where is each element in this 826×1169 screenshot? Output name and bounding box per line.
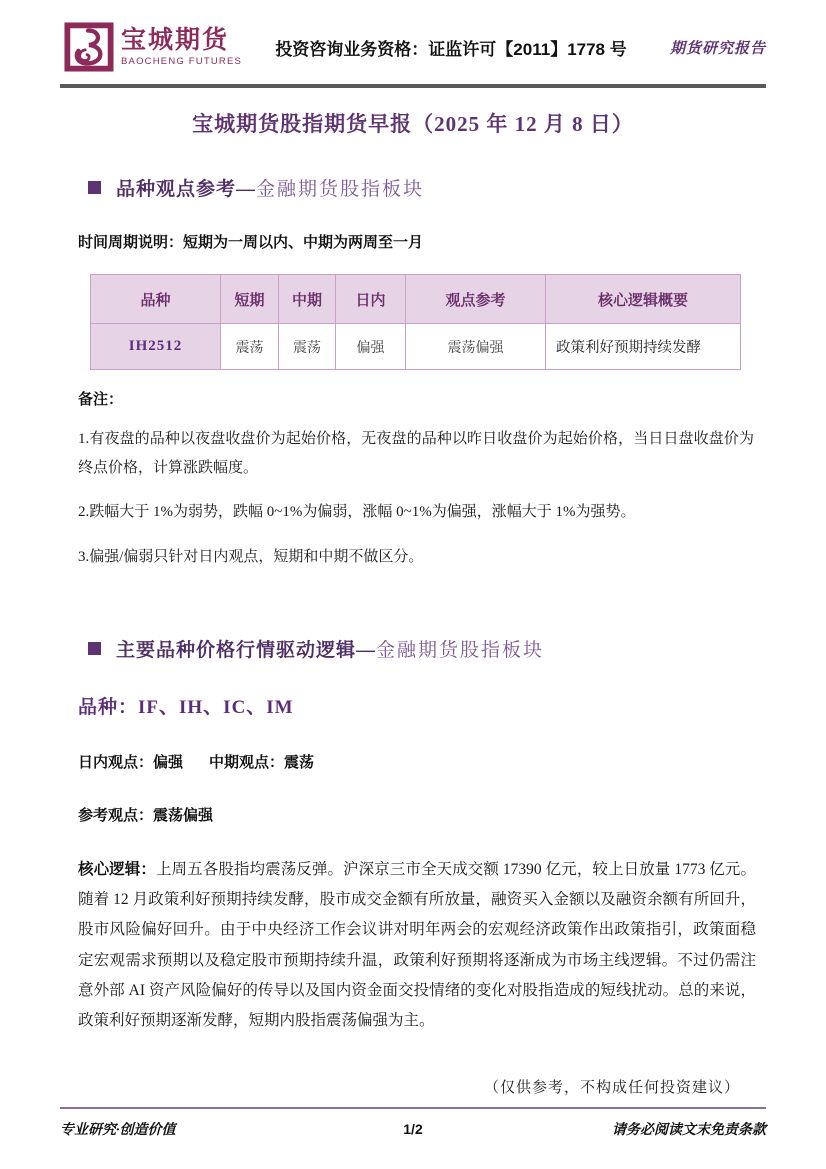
company-name-cn: 宝城期货 [121, 28, 242, 53]
core-logic-paragraph: 核心逻辑：上周五各股指均震荡反弹。沪深京三市全天成交额 17390 亿元，较上日… [78, 855, 756, 1036]
company-logo: 宝城期货 BAOCHENG FUTURES [64, 22, 242, 72]
col-header-variety: 品种 [91, 275, 221, 324]
cell-intraday: 偏强 [336, 324, 406, 370]
section2-heading-sub: 金融期货股指板块 [376, 640, 544, 661]
intraday-medium-opinion-line: 日内观点：偏强中期观点：震荡 [78, 751, 826, 772]
report-page: 宝城期货 BAOCHENG FUTURES 投资咨询业务资格：证监许可【2011… [0, 0, 826, 1169]
col-header-intraday: 日内 [336, 275, 406, 324]
core-logic-text: 上周五各股指均震荡反弹。沪深京三市全天成交额 17390 亿元，较上日放量 17… [78, 861, 756, 1029]
cell-view: 震荡偏强 [406, 324, 546, 370]
col-header-logic: 核心逻辑概要 [546, 275, 741, 324]
reference-opinion-label: 参考观点： [78, 807, 153, 824]
note-3: 3.偏强/偏弱只针对日内观点，短期和中期不做区分。 [78, 543, 754, 572]
footer-disclaimer-note: 请务必阅读文末免责条款 [423, 1119, 766, 1139]
page-title: 宝城期货股指期货早报（2025 年 12 月 8 日） [0, 108, 826, 138]
baocheng-logo-icon [64, 22, 114, 72]
cell-variety: IH2512 [91, 324, 221, 370]
page-footer: 专业研究·创造价值 1/2 请务必阅读文末免责条款 [60, 1107, 766, 1139]
col-header-short: 短期 [221, 275, 279, 324]
note-1: 1.有夜盘的品种以夜盘收盘价为起始价格，无夜盘的品种以昨日收盘价为起始价格，当日… [78, 425, 754, 482]
disclaimer-text: （仅供参考，不构成任何投资建议） [0, 1076, 740, 1097]
square-bullet-icon [88, 642, 101, 655]
cell-short: 震荡 [221, 324, 279, 370]
core-logic-label: 核心逻辑： [78, 861, 156, 878]
note-2: 2.跌幅大于 1%为弱势，跌幅 0~1%为偏弱，涨幅 0~1%为偏强，涨幅大于 … [78, 498, 754, 527]
reference-opinion-line: 参考观点：震荡偏强 [78, 804, 826, 825]
cell-mid: 震荡 [279, 324, 336, 370]
viewpoint-table: 品种 短期 中期 日内 观点参考 核心逻辑概要 IH2512 震荡 震荡 偏强 … [90, 274, 741, 370]
medium-opinion-value: 震荡 [284, 754, 314, 771]
col-header-mid: 中期 [279, 275, 336, 324]
square-bullet-icon [88, 181, 101, 194]
medium-opinion-label: 中期观点： [209, 754, 284, 771]
section2-heading-main: 主要品种价格行情驱动逻辑— [116, 640, 376, 661]
header-divider [60, 84, 766, 88]
logo-text: 宝城期货 BAOCHENG FUTURES [121, 28, 242, 67]
intraday-opinion-value: 偏强 [153, 754, 183, 771]
table-row: IH2512 震荡 震荡 偏强 震荡偏强 政策利好预期持续发酵 [91, 324, 741, 370]
page-number: 1/2 [403, 1121, 422, 1137]
reference-opinion-value: 震荡偏强 [153, 807, 213, 824]
intraday-opinion-label: 日内观点： [78, 754, 153, 771]
section1-heading-sub: 金融期货股指板块 [256, 179, 424, 200]
page-header: 宝城期货 BAOCHENG FUTURES 投资咨询业务资格：证监许可【2011… [0, 0, 826, 72]
section1-heading-main: 品种观点参考— [116, 179, 256, 200]
qualification-text: 投资咨询业务资格：证监许可【2011】1778 号 [242, 35, 670, 60]
varieties-line: 品种：IF、IH、IC、IM [78, 692, 826, 719]
company-name-en: BAOCHENG FUTURES [121, 57, 242, 67]
footer-slogan: 专业研究·创造价值 [60, 1119, 403, 1139]
notes-label: 备注： [78, 388, 826, 409]
time-period-note: 时间周期说明：短期为一周以内、中期为两周至一月 [78, 231, 826, 252]
report-type-label: 期货研究报告 [670, 37, 766, 58]
cell-logic: 政策利好预期持续发酵 [546, 324, 741, 370]
table-header-row: 品种 短期 中期 日内 观点参考 核心逻辑概要 [91, 275, 741, 324]
section2-heading: 主要品种价格行情驱动逻辑—金融期货股指板块 [88, 635, 826, 662]
col-header-view: 观点参考 [406, 275, 546, 324]
section1-heading: 品种观点参考—金融期货股指板块 [88, 174, 826, 201]
